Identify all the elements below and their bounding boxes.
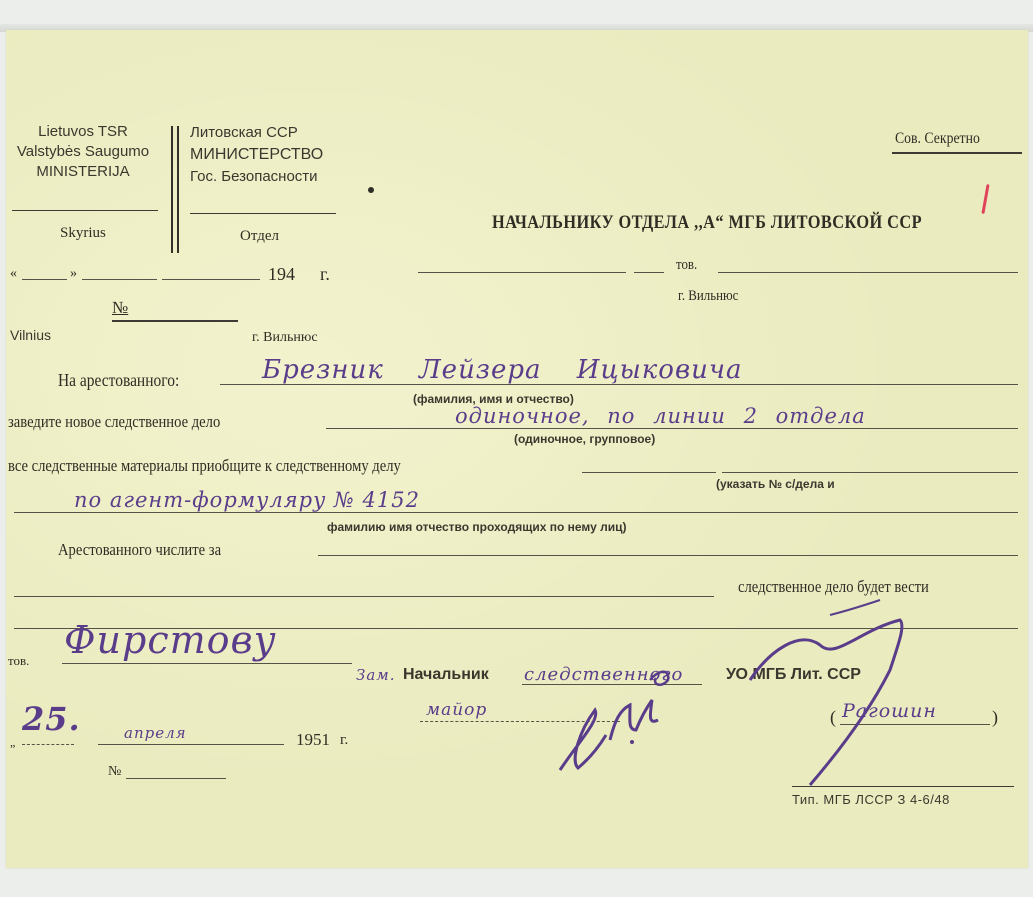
arrested-value: Брезник Лейзера Ицыковича: [262, 355, 743, 385]
footer-month-line: [98, 744, 284, 745]
addressee-line-2: [634, 272, 664, 273]
footer-day-line: [22, 744, 74, 745]
header-left: Lietuvos TSR Valstybės Saugumo MINISTERI…: [8, 122, 158, 182]
skyrius-line: [12, 210, 158, 211]
footer-number-line: [126, 778, 226, 779]
new-case-line: [326, 428, 1018, 429]
printer-mark: Тип. МГБ ЛССР З 4-6/48: [792, 792, 950, 807]
bullet-dot: [368, 187, 374, 193]
investigator-tov-label: тов.: [8, 653, 29, 669]
materials-line-2: [722, 472, 1018, 473]
header-divider-1: [171, 126, 173, 253]
addressee-line-1: [418, 272, 626, 273]
footer-date-year: 1951: [296, 730, 330, 750]
header-left-line3: MINISTERIJA: [8, 162, 158, 182]
date-year-suffix: г.: [320, 264, 330, 285]
date-close-quote: »: [70, 266, 77, 282]
materials-value: по агент-формуляру № 4152: [74, 488, 420, 512]
number-line: [112, 320, 238, 322]
signature-prefix: Зам.: [356, 666, 396, 684]
footer-date-open-quote: „: [10, 735, 15, 750]
otdel-label: Отдел: [240, 228, 279, 245]
addressee-tov-label: тов.: [676, 257, 697, 274]
header-left-line1: Lietuvos TSR: [8, 122, 158, 142]
addressee-title: НАЧАЛЬНИКУ ОТДЕЛА ,,А“ МГБ ЛИТОВСКОЙ ССР: [492, 212, 922, 234]
footer-date-month: апреля: [124, 724, 187, 742]
number-label: №: [112, 298, 128, 318]
materials-line-3: [14, 512, 1018, 513]
new-case-hint: (одиночное, групповое): [514, 432, 655, 446]
addressee-city: г. Вильнюс: [678, 288, 738, 305]
header-left-line2: Valstybės Saugumo: [8, 142, 158, 162]
date-year: 194: [268, 264, 295, 285]
arrested-label: На арестованного:: [58, 370, 179, 391]
date-month-line-2: [162, 279, 260, 280]
header-right-line3: Гос. Безопасности: [190, 166, 323, 188]
classification-label: Сов. Секретно: [895, 130, 980, 148]
signature-scribble-1: [540, 650, 680, 780]
city-right: г. Вильнюс: [252, 330, 318, 346]
signature-title: Начальник: [403, 666, 489, 684]
footer-date-year-suffix: г.: [340, 732, 348, 749]
header-right: Литовская ССР МИНИСТЕРСТВО Гос. Безопасн…: [190, 122, 323, 188]
addressee-name-line: [718, 272, 1018, 273]
materials-label: все следственные материалы приобщите к с…: [8, 456, 401, 476]
header-right-line1: Литовская ССР: [190, 122, 323, 144]
investigator-name-line: [62, 663, 352, 664]
classification-underline: [892, 152, 1022, 154]
header-right-line2: МИНИСТЕРСТВО: [190, 144, 323, 166]
new-case-label: заведите новое следственное дело: [8, 412, 220, 432]
signature-rank: майор: [426, 700, 487, 720]
investigator-label: следственное дело будет вести: [738, 577, 929, 597]
materials-line-1: [582, 472, 716, 473]
printer-mark-line: [792, 786, 1014, 787]
footer-date-day: 25.: [22, 700, 81, 738]
investigator-line-1: [14, 596, 714, 597]
skyrius-label: Skyrius: [60, 225, 106, 242]
materials-hint-1: (указать № с/дела и: [716, 477, 835, 491]
signature-close-paren: ): [992, 707, 998, 728]
date-month-line: [82, 279, 157, 280]
count-line: [318, 555, 1018, 556]
footer-number-label: №: [108, 764, 121, 780]
count-label: Арестованного числите за: [58, 540, 221, 560]
otdel-line: [190, 213, 336, 214]
city-left: Vilnius: [10, 327, 51, 343]
date-day-line: [22, 279, 67, 280]
header-divider-2: [177, 126, 179, 253]
signature-scribble-2: [740, 600, 920, 790]
investigator-value: Фирстову: [64, 618, 277, 662]
materials-hint-2: фамилию имя отчество проходящих по нему …: [327, 520, 626, 534]
new-case-value: одиночное, по линии 2 отдела: [455, 404, 866, 428]
date-open-quote: «: [10, 266, 17, 282]
